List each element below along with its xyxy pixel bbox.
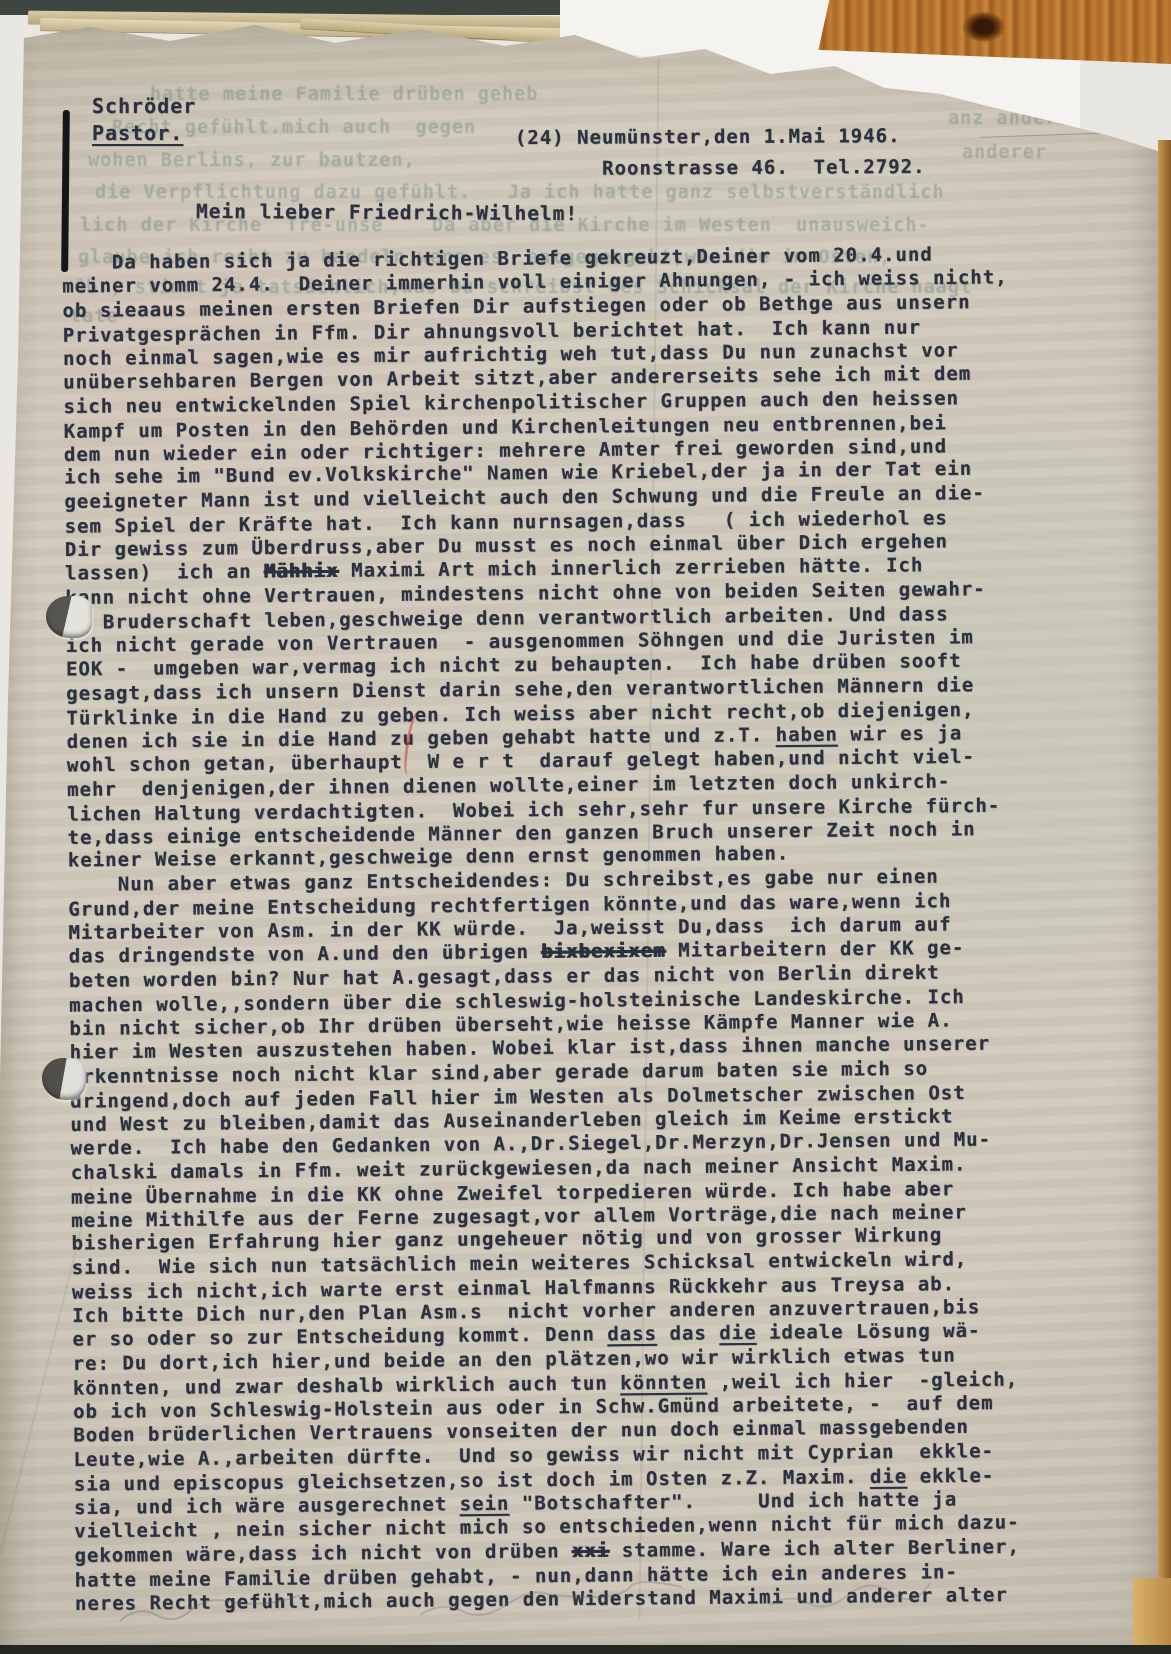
bottom-edge-shadow bbox=[0, 1645, 1171, 1654]
pencil-line bbox=[980, 131, 1145, 138]
letter-page: hatte meine Familie drüben gehebRecht ge… bbox=[0, 0, 1171, 1654]
sender-title: Pastor. bbox=[92, 121, 183, 145]
margin-mark bbox=[61, 110, 70, 272]
bottom-right-corner bbox=[1133, 1578, 1171, 1654]
scanned-letter-photo: hatte meine Familie drüben gehebRecht ge… bbox=[0, 0, 1171, 1654]
dateline-street-phone: Roonstrasse 46. Tel.2792. bbox=[515, 156, 926, 180]
punch-hole-top bbox=[46, 596, 92, 638]
page-right-edge bbox=[1158, 140, 1171, 1654]
bleed-fragment: wohen Berlins, zur bautzen, bbox=[88, 150, 416, 171]
dateline: (24) Neumünster,den 1.Mai 1946. Roonstra… bbox=[515, 121, 926, 185]
sender-name: Schröder bbox=[92, 94, 196, 118]
punch-hole-bottom bbox=[42, 1058, 86, 1100]
salutation: Mein lieber Friedrich-Wilhelm! bbox=[196, 200, 578, 225]
pencil-scribbles bbox=[90, 1575, 1110, 1645]
bleed-fragment: anderer bbox=[962, 142, 1047, 163]
dateline-place-date: (24) Neumünster,den 1.Mai 1946. bbox=[515, 125, 901, 149]
letter-body: Da haben sich ja die richtigen Briefe ge… bbox=[62, 242, 1160, 1617]
bleed-fragment: hatte meine Familie drüben geheb bbox=[150, 84, 538, 105]
